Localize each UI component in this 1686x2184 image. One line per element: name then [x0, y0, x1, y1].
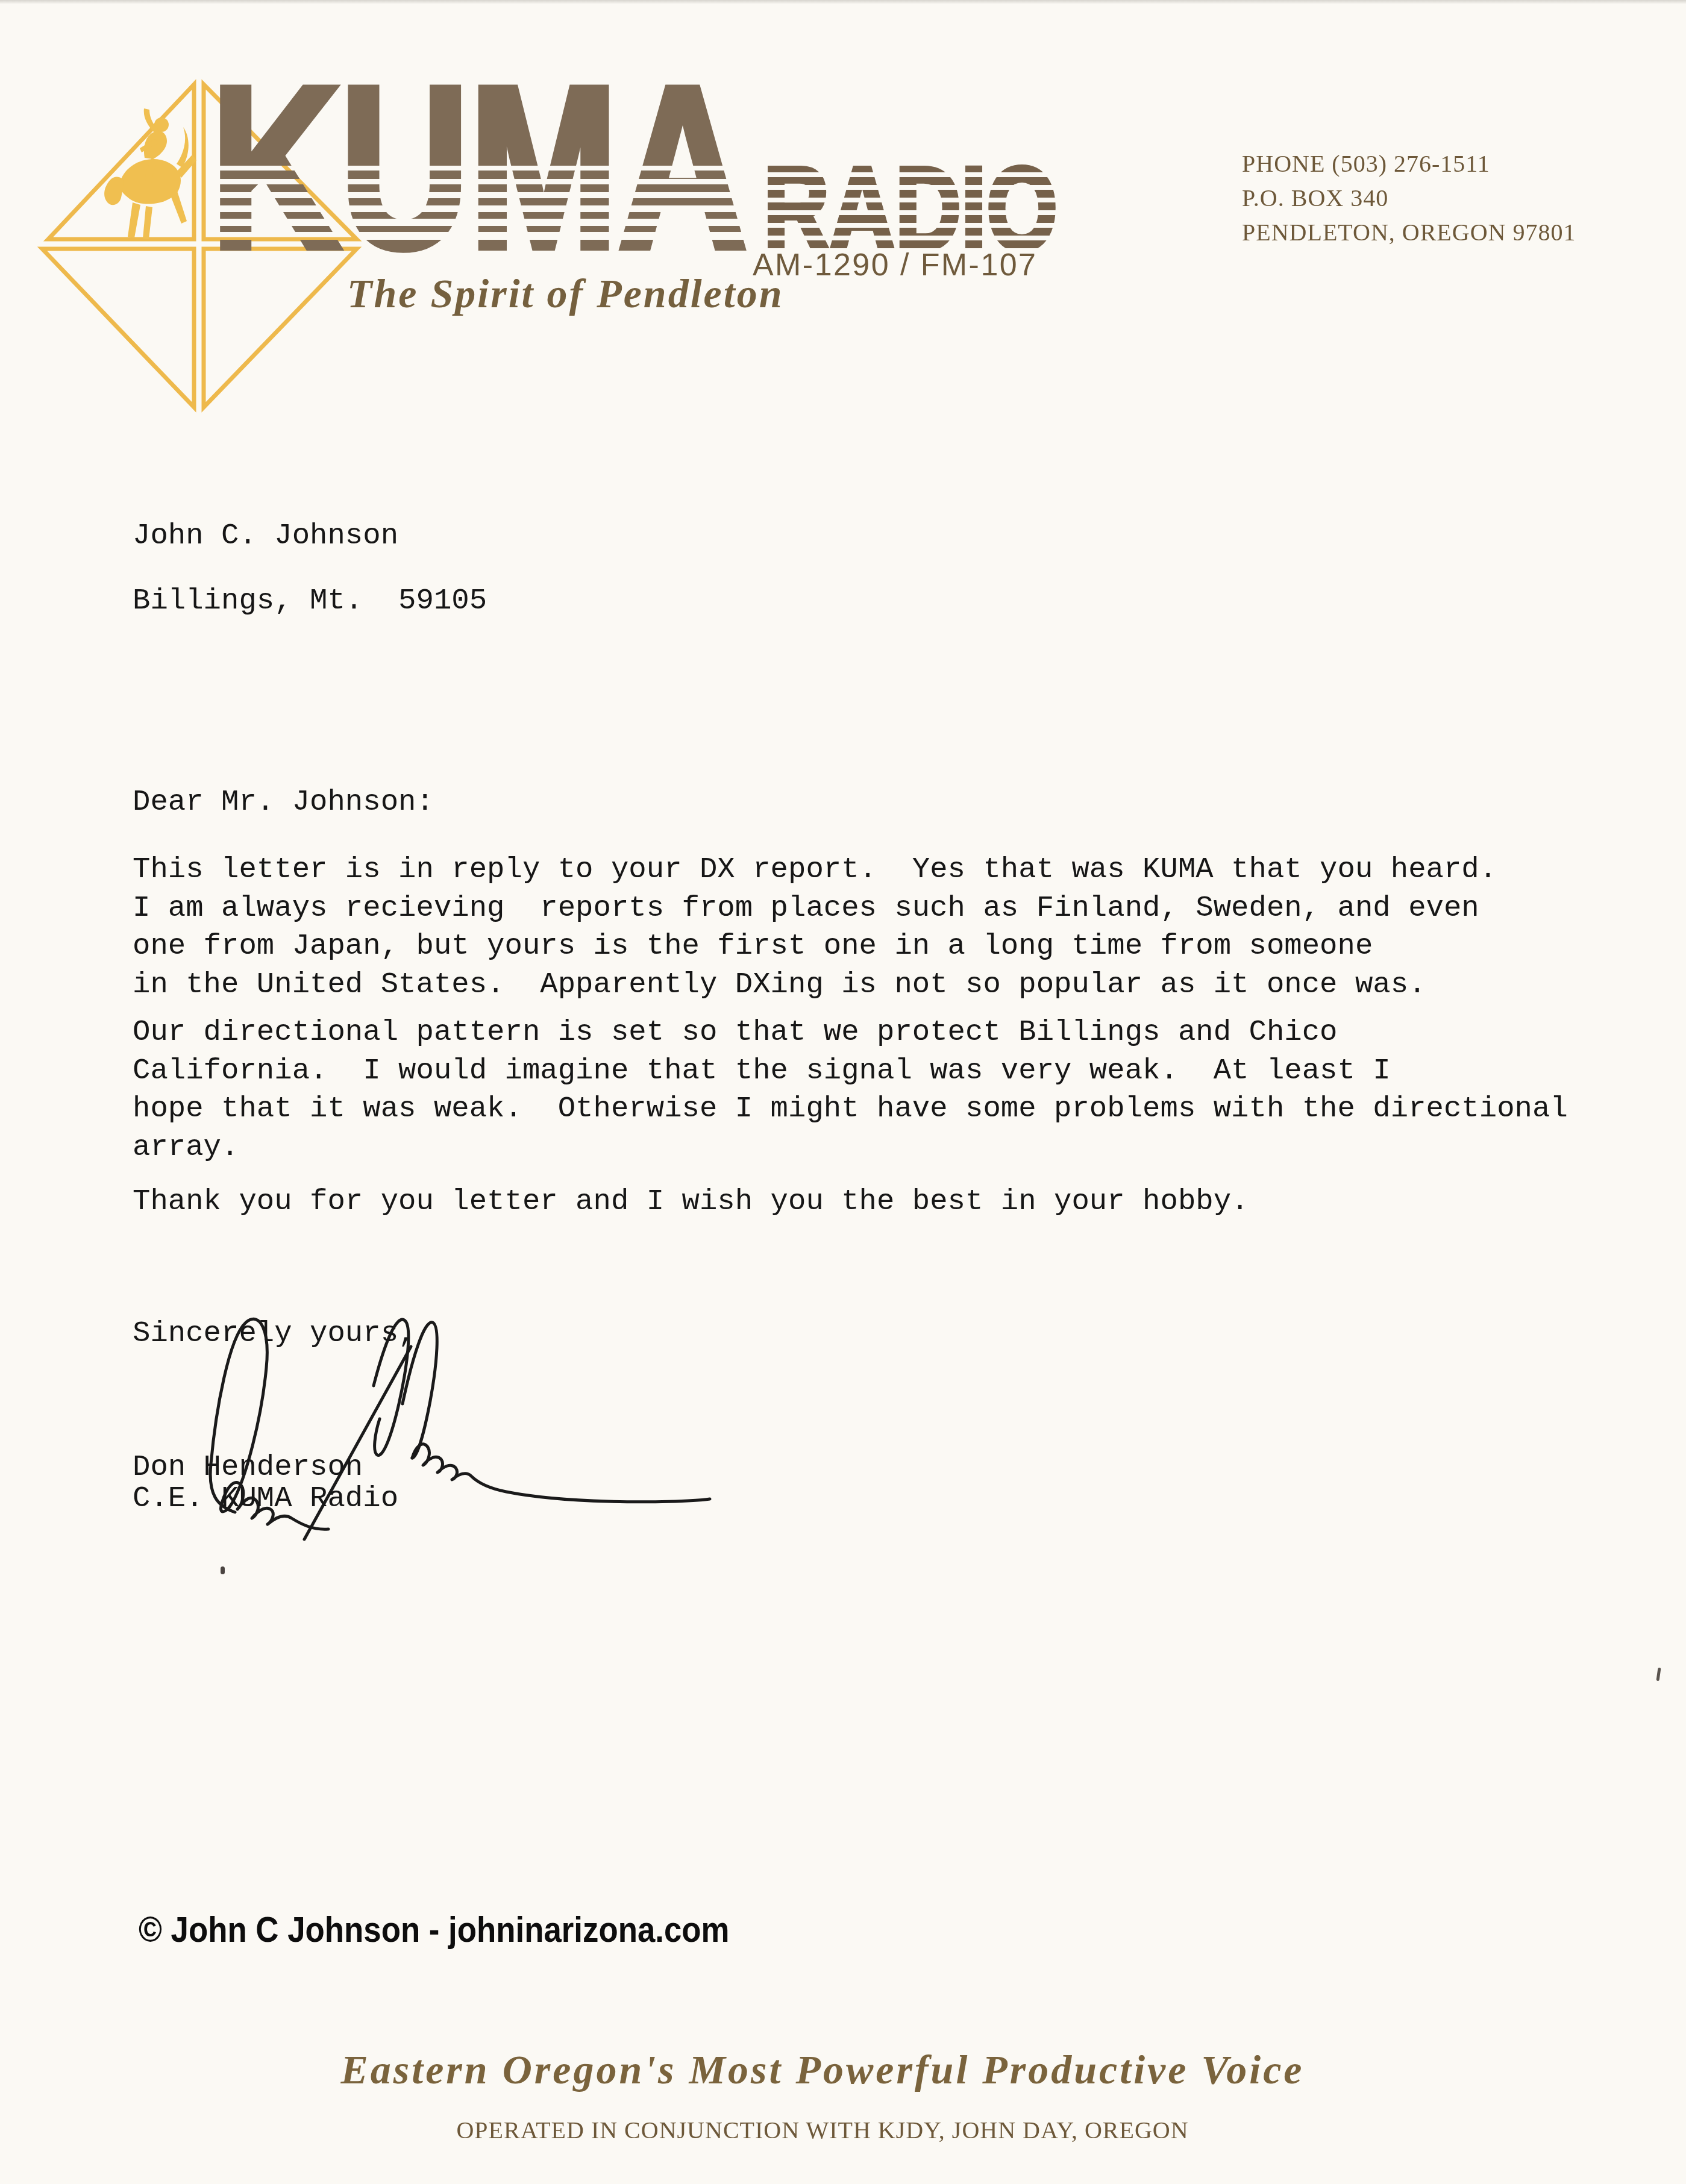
scan-artifact-tick — [1656, 1668, 1661, 1681]
footer-operated-line: OPERATED IN CONJUNCTION WITH KJDY, JOHN … — [325, 2116, 1320, 2144]
letter-paragraph-3: Thank you for you letter and I wish you … — [133, 1183, 1249, 1221]
salutation: Dear Mr. Johnson: — [133, 783, 434, 822]
signer-title: C.E. KUMA Radio — [133, 1480, 398, 1518]
letter-paragraph-1: This letter is in reply to your DX repor… — [133, 851, 1497, 1004]
copyright-watermark: © John C Johnson - johninarizona.com — [139, 1909, 730, 1950]
letter-paragraph-2: Our directional pattern is set so that w… — [133, 1013, 1568, 1166]
frequencies-text: AM-1290 / FM-107 — [753, 248, 1036, 283]
kuma-wordmark: KUMA — [211, 39, 747, 296]
contact-city: PENDLETON, OREGON 97801 — [1242, 215, 1576, 249]
kuma-letterhead-logo: KUMA RADIO AM-1290 / FM-107 — [0, 0, 1097, 470]
station-tagline: The Spirit of Pendleton — [347, 270, 783, 318]
recipient-city: Billings, Mt. 59105 — [133, 582, 487, 621]
contact-block: PHONE (503) 276-1511 P.O. BOX 340 PENDLE… — [1242, 146, 1576, 249]
scanned-letter-page: KUMA RADIO AM-1290 / FM-107 The Spirit o… — [0, 0, 1686, 2184]
recipient-name: John C. Johnson — [133, 517, 398, 555]
contact-phone: PHONE (503) 276-1511 — [1242, 146, 1576, 181]
scan-artifact-dot — [221, 1566, 225, 1574]
contact-po-box: P.O. BOX 340 — [1242, 181, 1576, 215]
footer-slogan: Eastern Oregon's Most Powerful Productiv… — [325, 2046, 1320, 2094]
